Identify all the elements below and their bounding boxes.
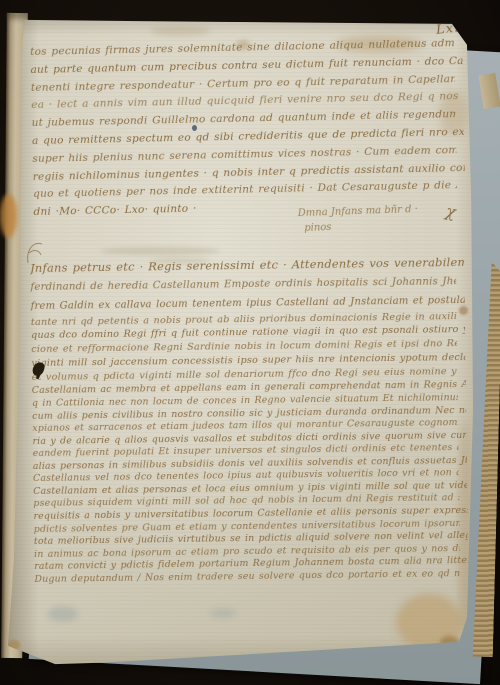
paragraph-1: tos pecunias firmas jures solemnitate si…: [30, 37, 472, 224]
gutter-stain: [0, 194, 17, 238]
folio-number: Lxiij: [435, 18, 471, 37]
foxing-stain-top-center: [150, 26, 210, 36]
manuscript-page: Lxiij tos pecunias firmas jures solemnit…: [6, 16, 474, 668]
manuscript-photo: Lxiij tos pecunias firmas jures solemnit…: [0, 0, 500, 685]
smudge-bottom-center: [210, 608, 236, 618]
chancery-subscription: Dmna Jnfans ma bñr d · pinos: [298, 204, 419, 234]
ink-show-through: [100, 247, 220, 255]
paragraph-2: Jnfans petrus etc · Regis serenissimi et…: [30, 255, 474, 586]
smudge-bottom-left: [48, 606, 78, 622]
blue-ink-dot: [192, 125, 197, 131]
